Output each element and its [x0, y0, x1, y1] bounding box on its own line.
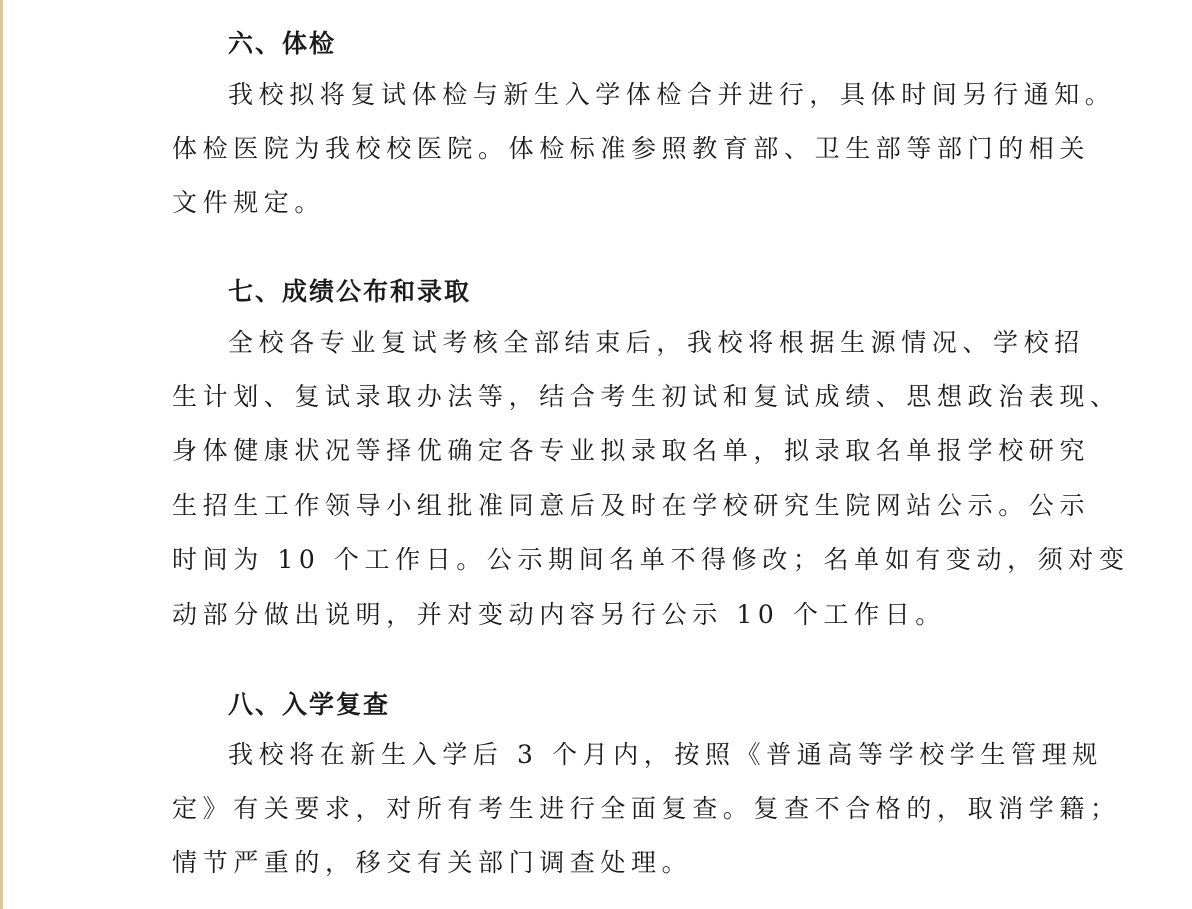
paragraph-line: 体检医院为我校校医院。体检标准参照教育部、卫生部等部门的相关 [172, 134, 1090, 164]
paragraph-line: 身体健康状况等择优确定各专业拟录取名单，拟录取名单报学校研究 [172, 436, 1090, 466]
page-edge-strip [0, 0, 3, 909]
paragraph-line: 文件规定。 [172, 188, 325, 218]
paragraph-line: 我校拟将复试体检与新生入学体检合并进行，具体时间另行通知。 [228, 80, 1115, 110]
paragraph-line: 时间为 10 个工作日。公示期间名单不得修改；名单如有变动，须对变 [172, 545, 1130, 575]
section-heading-results-admission: 七、成绩公布和录取 [228, 272, 471, 308]
paragraph-line: 生招生工作领导小组批准同意后及时在学校研究生院网站公示。公示 [172, 491, 1090, 521]
paragraph-line: 定》有关要求，对所有考生进行全面复查。复查不合格的，取消学籍； [172, 794, 1121, 824]
paragraph-line: 我校将在新生入学后 3 个月内，按照《普通高等学校学生管理规 [228, 740, 1103, 770]
paragraph-line: 动部分做出说明，并对变动内容另行公示 10 个工作日。 [172, 600, 946, 630]
paragraph-line: 情节严重的，移交有关部门调查处理。 [172, 848, 692, 878]
paragraph-line: 全校各专业复试考核全部结束后，我校将根据生源情况、学校招 [228, 328, 1085, 358]
section-heading-enrollment-review: 八、入学复查 [228, 685, 390, 721]
section-heading-physical-exam: 六、体检 [228, 24, 336, 60]
paragraph-line: 生计划、复试录取办法等，结合考生初试和复试成绩、思想政治表现、 [172, 382, 1121, 412]
